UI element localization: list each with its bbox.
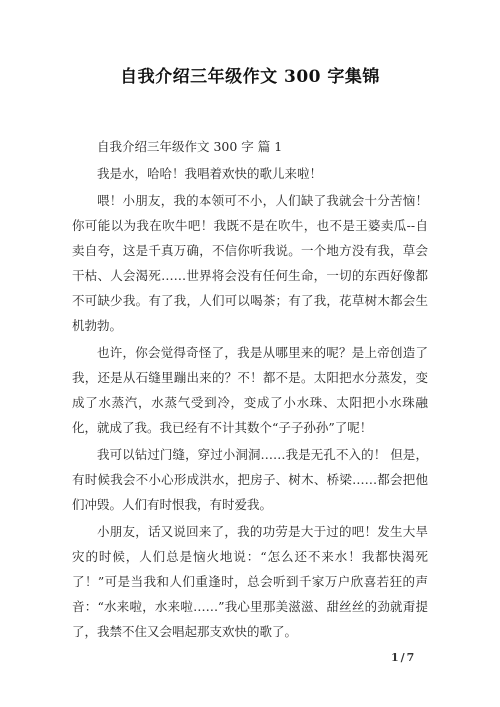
paragraph: 小朋友，话又说回来了，我的功劳是大于过的吧！发生大旱灾的时候，人们总是恼火地说：… bbox=[72, 519, 428, 644]
page-title: 自我介绍三年级作文 300 字集锦 bbox=[72, 66, 428, 88]
essay-body: 自我介绍三年级作文 300 字 篇 1 我是水，哈哈！我唱着欢快的歌儿来啦！ 喂… bbox=[72, 134, 428, 644]
document-page: 自我介绍三年级作文 300 字集锦 自我介绍三年级作文 300 字 篇 1 我是… bbox=[0, 0, 500, 707]
page-number-indicator: 1/7 bbox=[391, 651, 416, 664]
page-content: 自我介绍三年级作文 300 字集锦 自我介绍三年级作文 300 字 篇 1 我是… bbox=[72, 66, 428, 646]
paragraph: 喂！小朋友，我的本领可不小，人们缺了我就会十分苦恼！你可能以为我在吹牛吧！我既不… bbox=[72, 188, 428, 338]
paragraph-heading: 自我介绍三年级作文 300 字 篇 1 bbox=[72, 134, 428, 159]
paragraph: 我可以钻过门缝，穿过小洞洞……我是无孔不入的！ 但是，有时候我会不小心形成洪水，… bbox=[72, 442, 428, 517]
paragraph: 我是水，哈哈！我唱着欢快的歌儿来啦！ bbox=[72, 161, 428, 186]
paragraph: 也许，你会觉得奇怪了，我是从哪里来的呢？是上帝创造了我，还是从石缝里蹦出来的？不… bbox=[72, 340, 428, 440]
